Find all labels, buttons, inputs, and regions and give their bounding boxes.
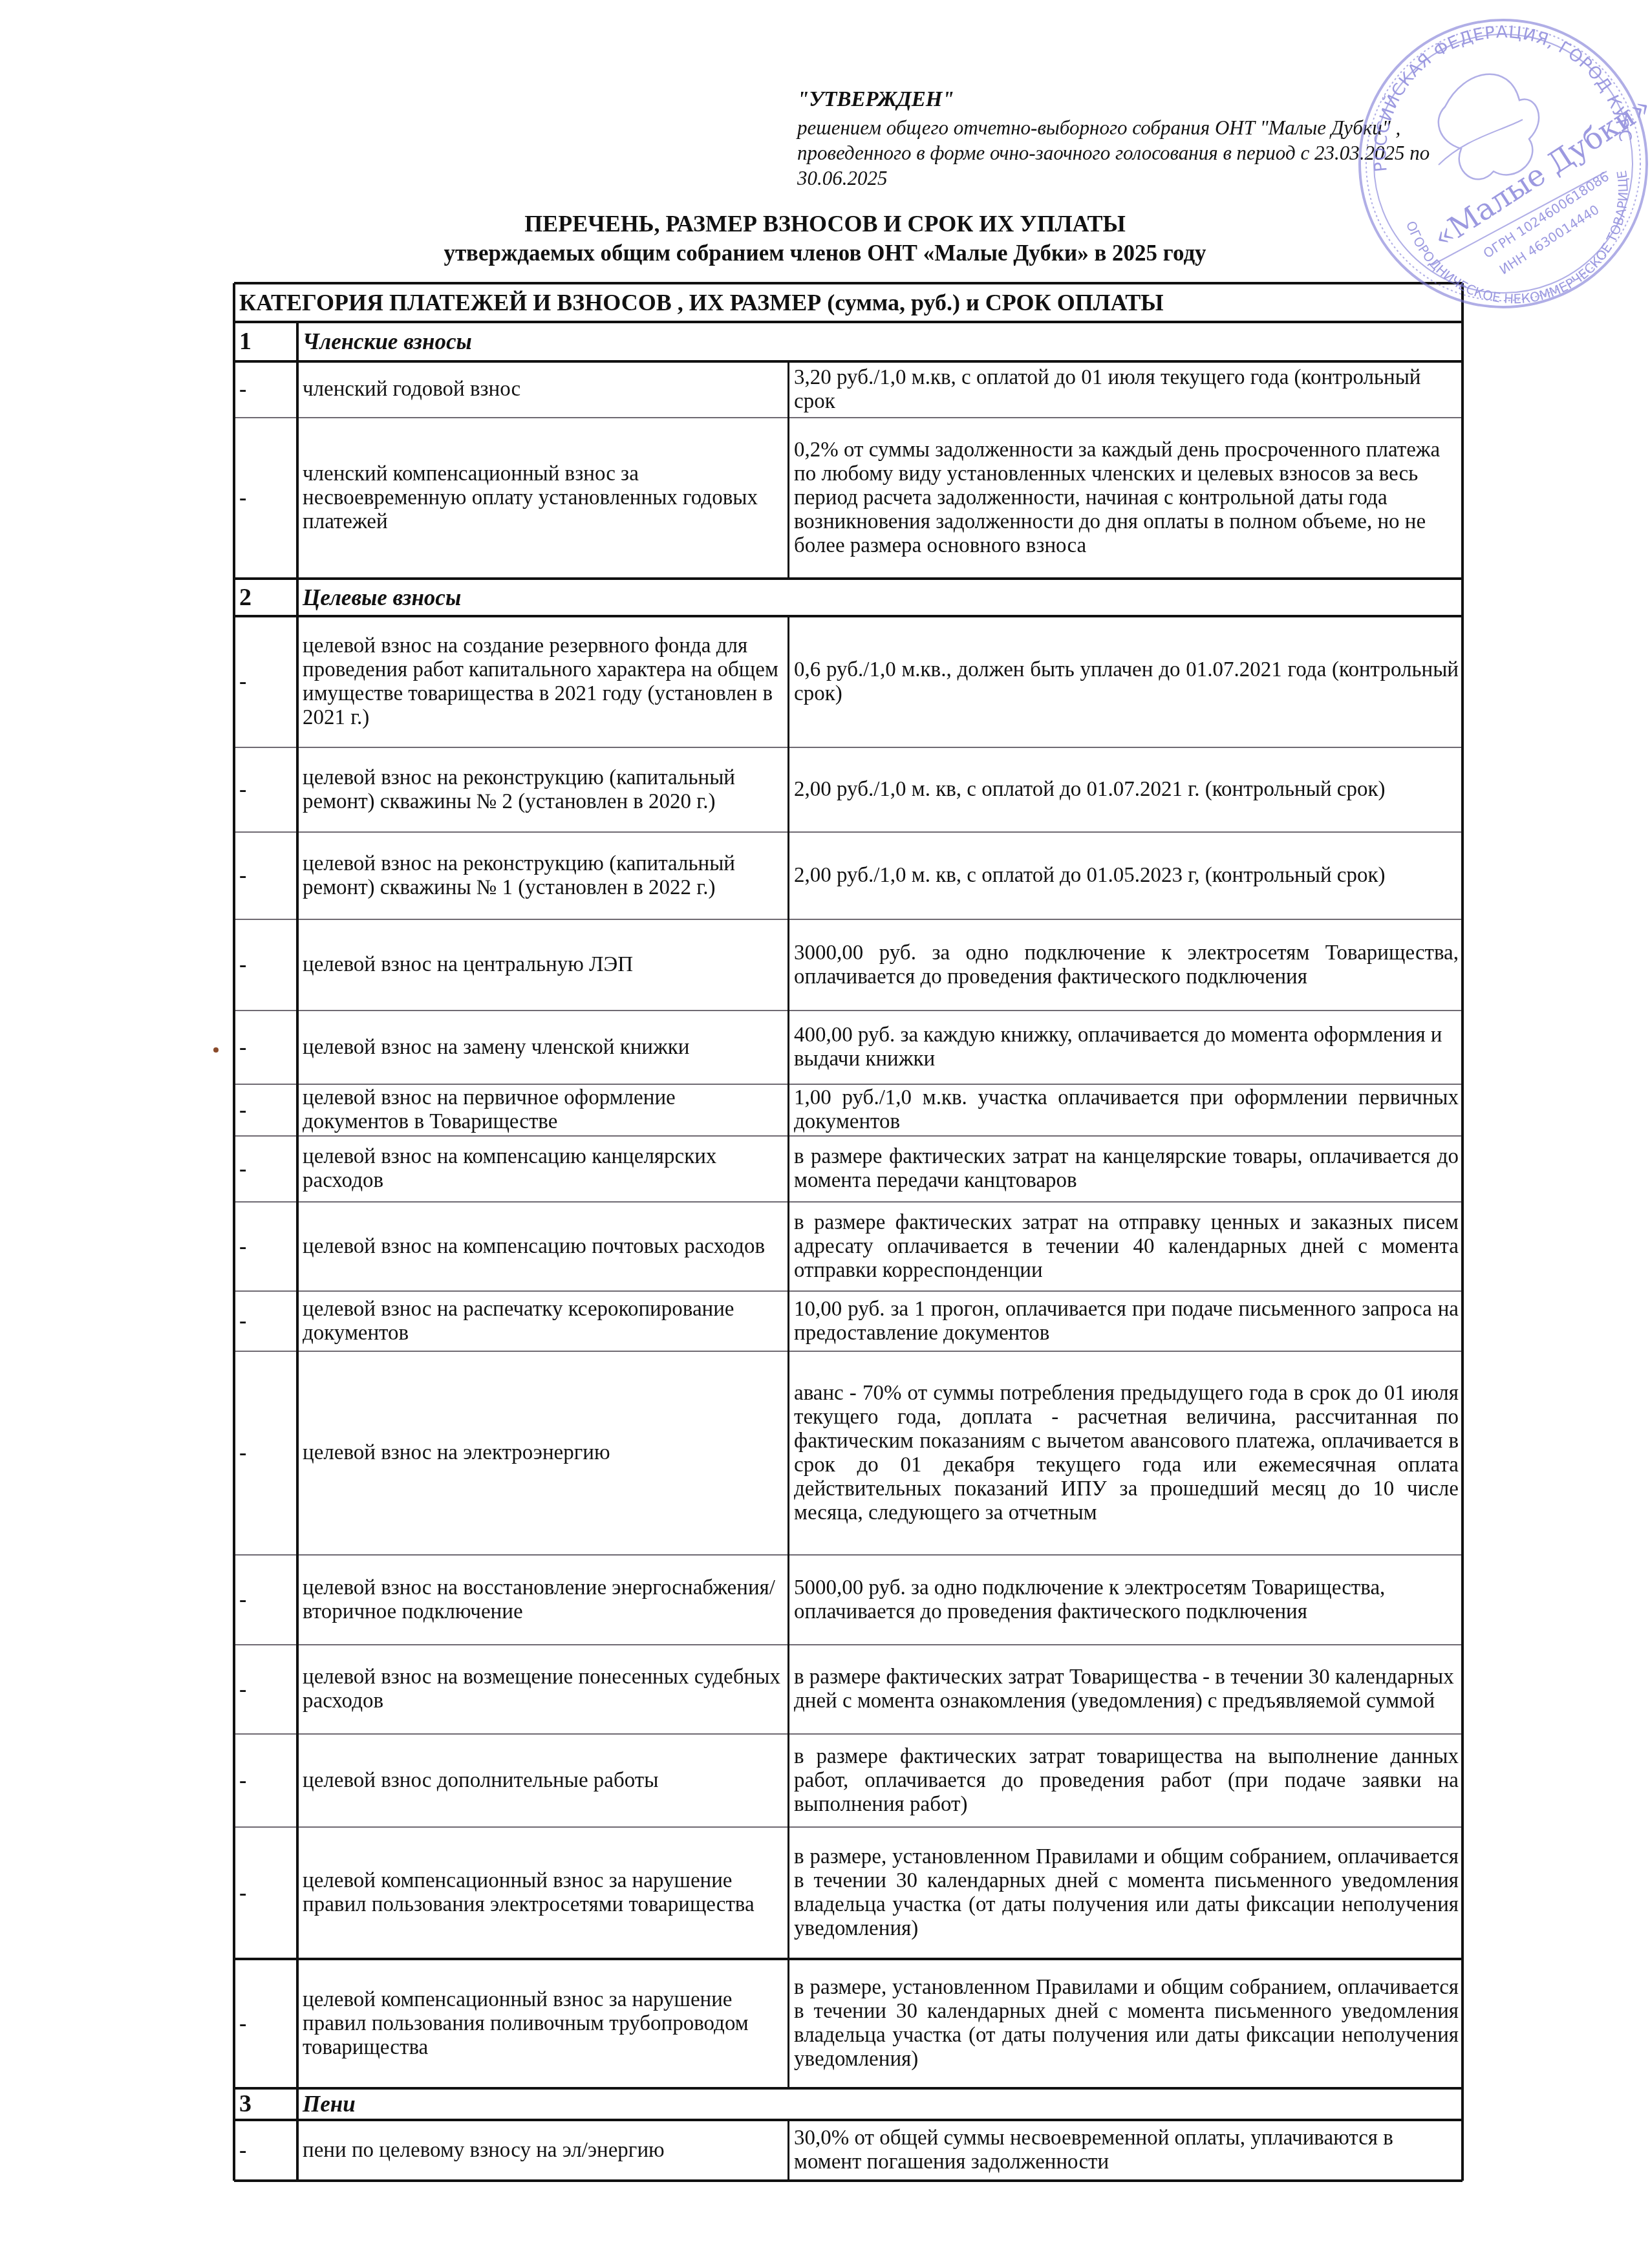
- column-divider: [787, 616, 789, 747]
- cell-text: в размере, установленном Правилами и общ…: [794, 1845, 1459, 1941]
- fee-terms: аванс - 70% от суммы потребления предыду…: [789, 1351, 1462, 1555]
- scan-speck: [213, 1047, 219, 1053]
- cell-text: 30,0% от общей суммы несвоевременной опл…: [794, 2126, 1459, 2174]
- cell-text: -: [239, 864, 294, 888]
- cell-text: 2,00 руб./1,0 м. кв, с оплатой до 01.07.…: [794, 778, 1459, 802]
- table-rule: [234, 1958, 1462, 1960]
- cell-text: целевой взнос на первичное оформление до…: [303, 1086, 785, 1134]
- section-title: Пени: [297, 2088, 1462, 2120]
- row-marker: -: [234, 919, 297, 1011]
- fee-terms: в размере, установленном Правилами и общ…: [789, 1959, 1462, 2088]
- cell-text: Членские взносы: [303, 330, 1459, 354]
- fee-name: целевой взнос на первичное оформление до…: [297, 1084, 789, 1136]
- cell-text: членский годовой взнос: [303, 378, 785, 401]
- fee-name: целевой компенсационный взнос за нарушен…: [297, 1827, 789, 1959]
- cell-text: целевой взнос на создание резервного фон…: [303, 634, 785, 730]
- fee-terms: в размере, установленном Правилами и общ…: [789, 1827, 1462, 1959]
- fee-terms: 0,6 руб./1,0 м.кв., должен быть уплачен …: [789, 616, 1462, 747]
- cell-text: -: [239, 2012, 294, 2036]
- cell-text: -: [239, 1309, 294, 1333]
- cell-text: целевой взнос на возмещение понесенных с…: [303, 1665, 785, 1713]
- cell-text: 0,6 руб./1,0 м.кв., должен быть уплачен …: [794, 658, 1459, 706]
- organization-stamp-icon: РОССИЙСКАЯ ФЕДЕРАЦИЯ, ГОРОД КУРСК ОГОРОД…: [1348, 10, 1650, 314]
- table-rule: [234, 282, 1462, 284]
- row-marker: -: [234, 1202, 297, 1291]
- table-rule: [234, 1826, 1462, 1828]
- column-divider: [787, 1011, 789, 1084]
- column-divider: [787, 1291, 789, 1351]
- table-rule: [234, 577, 1462, 580]
- cell-text: целевой компенсационный взнос за нарушен…: [303, 1988, 785, 2060]
- fee-terms: 1,00 руб./1,0 м.кв. участка оплачивается…: [789, 1084, 1462, 1136]
- cell-text: целевой компенсационный взнос за нарушен…: [303, 1869, 785, 1917]
- table-rule: [234, 1135, 1462, 1137]
- fee-terms: в размере фактических затрат Товариществ…: [789, 1645, 1462, 1734]
- table-rule: [234, 615, 1462, 617]
- cell-text: в размере фактических затрат Товариществ…: [794, 1665, 1459, 1713]
- cell-text: -: [239, 1036, 294, 1060]
- table-rule: [234, 1084, 1462, 1085]
- cell-text: в размере фактических затрат товариществ…: [794, 1745, 1459, 1817]
- cell-text: целевой взнос на замену членской книжки: [303, 1036, 785, 1060]
- cell-text: целевой взнос на электроэнергию: [303, 1441, 785, 1465]
- cell-text: -: [239, 1588, 294, 1612]
- cell-text: 2: [239, 586, 294, 610]
- cell-text: в размере фактических затрат на отправку…: [794, 1211, 1459, 1283]
- row-marker: -: [234, 1291, 297, 1351]
- column-divider: [787, 418, 789, 579]
- cell-text: в размере, установленном Правилами и общ…: [794, 1976, 1459, 2071]
- table-rule: [234, 417, 1462, 418]
- cell-text: целевой взнос на компенсацию почтовых ра…: [303, 1235, 785, 1259]
- table-rule: [234, 321, 1462, 323]
- fee-terms: 5000,00 руб. за одно подключение к элект…: [789, 1555, 1462, 1645]
- cell-text: целевой взнос на распечатку ксерокопиров…: [303, 1298, 785, 1345]
- cell-text: членский компенсационный взнос за несвое…: [303, 462, 785, 534]
- table-rule: [234, 1351, 1462, 1352]
- row-marker: -: [234, 1084, 297, 1136]
- cell-text: -: [239, 1678, 294, 1702]
- cell-text: -: [239, 1157, 294, 1181]
- cell-text: аванс - 70% от суммы потребления предыду…: [794, 1382, 1459, 1525]
- cell-text: целевой взнос на компенсацию канцелярски…: [303, 1145, 785, 1193]
- cell-text: 5000,00 руб. за одно подключение к элект…: [794, 1576, 1459, 1624]
- cell-text: -: [239, 1098, 294, 1122]
- cell-text: -: [239, 778, 294, 802]
- row-marker: -: [234, 616, 297, 747]
- fee-name: целевой взнос на компенсацию канцелярски…: [297, 1136, 789, 1202]
- fee-name: целевой взнос на реконструкцию (капиталь…: [297, 747, 789, 832]
- cell-text: -: [239, 2139, 294, 2163]
- cell-text: пени по целевому взносу на эл/энергию: [303, 2139, 785, 2163]
- fee-name: целевой взнос на восстановление энергосн…: [297, 1555, 789, 1645]
- column-divider: [787, 1827, 789, 1959]
- fee-name: членский годовой взнос: [297, 361, 789, 418]
- table-rule: [234, 2119, 1462, 2121]
- row-marker: -: [234, 1136, 297, 1202]
- cell-text: 2,00 руб./1,0 м. кв, с оплатой до 01.05.…: [794, 864, 1459, 888]
- table-rule: [234, 747, 1462, 748]
- column-divider: [787, 1351, 789, 1555]
- fee-name: целевой взнос на электроэнергию: [297, 1351, 789, 1555]
- cell-text: -: [239, 1881, 294, 1905]
- cell-text: Пени: [303, 2092, 1459, 2116]
- fee-terms: в размере фактических затрат товариществ…: [789, 1734, 1462, 1827]
- row-marker: -: [234, 2120, 297, 2181]
- column-divider: [787, 2120, 789, 2181]
- table-rule: [234, 1010, 1462, 1011]
- cell-text: 3: [239, 2092, 294, 2116]
- section-number: 3: [234, 2088, 297, 2120]
- fee-name: целевой взнос на распечатку ксерокопиров…: [297, 1291, 789, 1351]
- cell-text: 400,00 руб. за каждую книжку, оплачивает…: [794, 1023, 1459, 1071]
- table-rule: [234, 360, 1462, 363]
- cell-text: -: [239, 486, 294, 510]
- fees-table: КАТЕГОРИЯ ПЛАТЕЖЕЙ И ВЗНОСОВ , ИХ РАЗМЕР…: [234, 283, 1462, 2181]
- cell-text: -: [239, 1441, 294, 1465]
- cell-text: целевой взнос на восстановление энергосн…: [303, 1576, 785, 1624]
- fee-name: членский компенсационный взнос за несвое…: [297, 418, 789, 579]
- fee-terms: 30,0% от общей суммы несвоевременной опл…: [789, 2120, 1462, 2181]
- cell-text: 1,00 руб./1,0 м.кв. участка оплачивается…: [794, 1086, 1459, 1134]
- cell-text: КАТЕГОРИЯ ПЛАТЕЖЕЙ И ВЗНОСОВ , ИХ РАЗМЕР…: [239, 291, 1459, 315]
- fee-terms: в размере фактических затрат на отправку…: [789, 1202, 1462, 1291]
- row-marker: -: [234, 832, 297, 919]
- row-marker: -: [234, 1011, 297, 1084]
- row-marker: -: [234, 1827, 297, 1959]
- fee-name: целевой взнос на реконструкцию (капиталь…: [297, 832, 789, 919]
- table-rule: [234, 1644, 1462, 1645]
- fee-terms: 3,20 руб./1,0 м.кв, с оплатой до 01 июля…: [789, 361, 1462, 418]
- column-divider: [787, 1734, 789, 1827]
- fee-terms: 400,00 руб. за каждую книжку, оплачивает…: [789, 1011, 1462, 1084]
- table-rule: [234, 2087, 1462, 2090]
- row-marker: -: [234, 1734, 297, 1827]
- column-divider: [787, 1645, 789, 1734]
- fee-terms: 3000,00 руб. за одно подключение к элект…: [789, 919, 1462, 1011]
- table-rule: [234, 831, 1462, 833]
- fee-name: целевой взнос на центральную ЛЭП: [297, 919, 789, 1011]
- row-marker: -: [234, 1645, 297, 1734]
- row-marker: -: [234, 418, 297, 579]
- cell-text: целевой взнос на центральную ЛЭП: [303, 953, 785, 977]
- row-marker: -: [234, 747, 297, 832]
- cell-text: -: [239, 953, 294, 977]
- fee-name: целевой взнос дополнительные работы: [297, 1734, 789, 1827]
- fee-name: пени по целевому взносу на эл/энергию: [297, 2120, 789, 2181]
- row-marker: -: [234, 1555, 297, 1645]
- fee-terms: 2,00 руб./1,0 м. кв, с оплатой до 01.07.…: [789, 747, 1462, 832]
- fee-name: целевой взнос на создание резервного фон…: [297, 616, 789, 747]
- row-marker: -: [234, 1351, 297, 1555]
- column-divider: [787, 1555, 789, 1645]
- cell-text: 3,20 руб./1,0 м.кв, с оплатой до 01 июля…: [794, 366, 1459, 414]
- table-rule: [234, 2179, 1462, 2182]
- column-divider: [787, 747, 789, 832]
- cell-text: -: [239, 1235, 294, 1259]
- cell-text: целевой взнос на реконструкцию (капиталь…: [303, 852, 785, 900]
- column-divider: [787, 361, 789, 418]
- row-marker: -: [234, 1959, 297, 2088]
- table-rule: [234, 1733, 1462, 1735]
- fee-name: целевой компенсационный взнос за нарушен…: [297, 1959, 789, 2088]
- cell-text: Целевые взносы: [303, 586, 1459, 610]
- fee-terms: 2,00 руб./1,0 м. кв, с оплатой до 01.05.…: [789, 832, 1462, 919]
- fee-name: целевой взнос на компенсацию почтовых ра…: [297, 1202, 789, 1291]
- column-divider: [787, 832, 789, 919]
- cell-text: в размере фактических затрат на канцеляр…: [794, 1145, 1459, 1193]
- cell-text: -: [239, 670, 294, 694]
- fee-terms: 0,2% от суммы задолженности за каждый де…: [789, 418, 1462, 579]
- table-rule: [234, 1554, 1462, 1556]
- table-rule: [234, 1201, 1462, 1203]
- column-divider: [787, 919, 789, 1011]
- table-border: [233, 283, 235, 2181]
- cell-text: 1: [239, 330, 294, 354]
- table-header: КАТЕГОРИЯ ПЛАТЕЖЕЙ И ВЗНОСОВ , ИХ РАЗМЕР…: [234, 283, 1462, 322]
- column-divider: [787, 1136, 789, 1202]
- cell-text: -: [239, 1769, 294, 1793]
- fee-name: целевой взнос на замену членской книжки: [297, 1011, 789, 1084]
- table-rule: [234, 919, 1462, 920]
- cell-text: 10,00 руб. за 1 прогон, оплачивается при…: [794, 1298, 1459, 1345]
- column-divider: [296, 322, 299, 2181]
- table-rule: [234, 1290, 1462, 1292]
- fee-terms: в размере фактических затрат на канцеляр…: [789, 1136, 1462, 1202]
- section-number: 1: [234, 322, 297, 361]
- cell-text: 0,2% от суммы задолженности за каждый де…: [794, 438, 1459, 558]
- cell-text: -: [239, 378, 294, 401]
- column-divider: [787, 1084, 789, 1136]
- table-border: [1461, 283, 1464, 2181]
- fee-terms: 10,00 руб. за 1 прогон, оплачивается при…: [789, 1291, 1462, 1351]
- fee-name: целевой взнос на возмещение понесенных с…: [297, 1645, 789, 1734]
- column-divider: [787, 1959, 789, 2088]
- section-number: 2: [234, 579, 297, 616]
- cell-text: целевой взнос дополнительные работы: [303, 1769, 785, 1793]
- cell-text: целевой взнос на реконструкцию (капиталь…: [303, 766, 785, 814]
- section-title: Членские взносы: [297, 322, 1462, 361]
- row-marker: -: [234, 361, 297, 418]
- column-divider: [787, 1202, 789, 1291]
- cell-text: 3000,00 руб. за одно подключение к элект…: [794, 941, 1459, 989]
- section-title: Целевые взносы: [297, 579, 1462, 616]
